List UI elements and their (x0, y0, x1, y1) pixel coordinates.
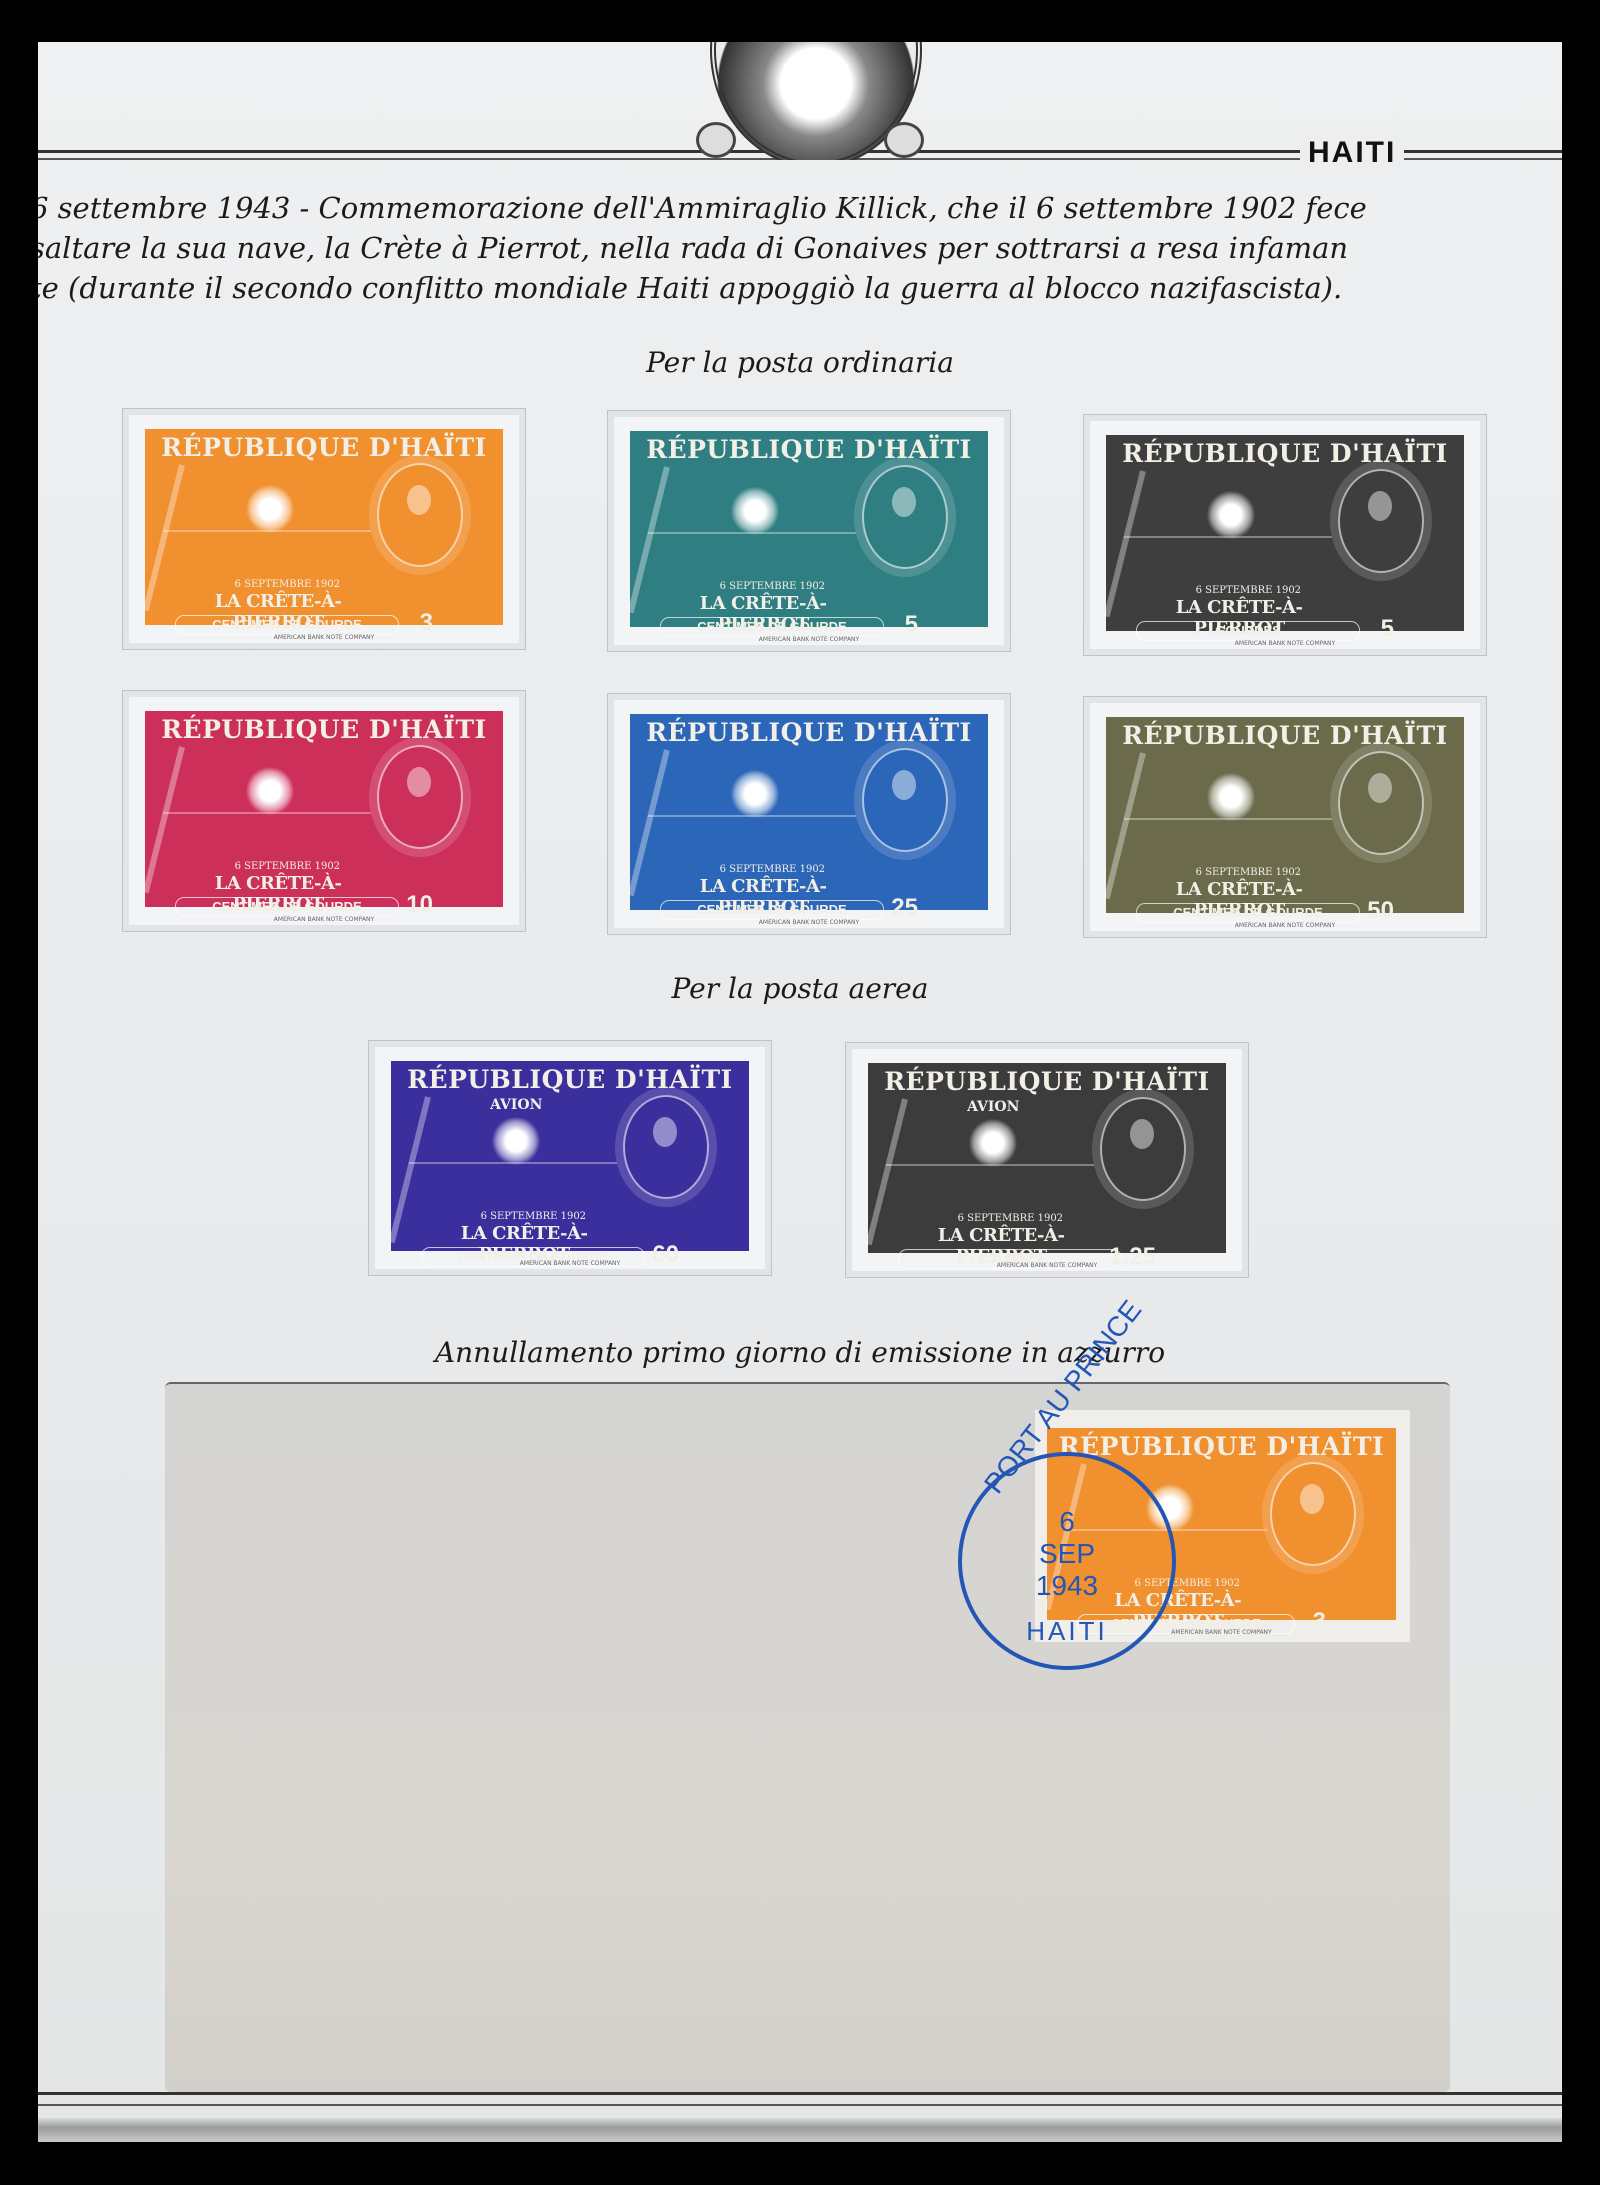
admiral-portrait-icon (1338, 751, 1424, 855)
admiral-portrait-icon (1100, 1097, 1186, 1201)
stamp-date: 6 SEPTEMBRE 1902 (451, 1211, 616, 1222)
stamp: RÉPUBLIQUE D'HAÏTI6 SEPTEMBRE 1902LA CRÊ… (630, 431, 988, 627)
intro-line: saltare la sua nave, la Crète à Pierrot,… (38, 228, 1562, 268)
stamp: RÉPUBLIQUE D'HAÏTI6 SEPTEMBRE 1902LA CRÊ… (1106, 435, 1464, 631)
admiral-portrait-icon (377, 745, 463, 849)
stamp-value: 5 (905, 611, 918, 639)
stamp-date: 6 SEPTEMBRE 1902 (928, 1213, 1093, 1224)
stamp-date: 6 SEPTEMBRE 1902 (690, 864, 855, 875)
haiti-coat-of-arms-icon (696, 42, 924, 160)
stamp-value: 50 (1367, 897, 1394, 925)
intro-text: 6 settembre 1943 - Commemorazione dell'A… (38, 188, 1562, 308)
admiral-portrait-icon (862, 465, 948, 569)
admiral-portrait-icon (862, 748, 948, 852)
stamp: RÉPUBLIQUE D'HAÏTI6 SEPTEMBRE 1902LA CRÊ… (145, 711, 503, 907)
airmail-caption: Per la posta aerea (38, 972, 1562, 1005)
stamp-mount: RÉPUBLIQUE D'HAÏTI6 SEPTEMBRE 1902LA CRÊ… (1083, 414, 1487, 656)
stamp-unit: CENTIMES DE GOURDE (660, 900, 884, 920)
stamp-unit: CENTIMES DE GOURDE (1136, 903, 1360, 923)
intro-line: 6 settembre 1943 - Commemorazione dell'A… (38, 188, 1562, 228)
ship-explosion-icon (1124, 471, 1332, 579)
stamp-mount: RÉPUBLIQUE D'HAÏTIAVION6 SEPTEMBRE 1902L… (368, 1040, 772, 1276)
stamp-printer: AMERICAN BANK NOTE COMPANY (868, 1262, 1226, 1269)
ship-explosion-icon (409, 1097, 617, 1205)
frame-edge (38, 2118, 1562, 2142)
ordinary-caption: Per la posta ordinaria (38, 346, 1562, 379)
postmark: PORT AU PRINCE 6 SEP 1943 HAITI (958, 1452, 1176, 1670)
stamp: RÉPUBLIQUE D'HAÏTI6 SEPTEMBRE 1902LA CRÊ… (145, 429, 503, 625)
stamp-date: 6 SEPTEMBRE 1902 (1166, 867, 1331, 878)
stamp-country: RÉPUBLIQUE D'HAÏTI (1106, 721, 1464, 750)
intro-line: te (durante il secondo conflitto mondial… (38, 268, 1562, 308)
stamp-printer: AMERICAN BANK NOTE COMPANY (1106, 922, 1464, 929)
stamp-mount: RÉPUBLIQUE D'HAÏTI6 SEPTEMBRE 1902LA CRÊ… (122, 690, 526, 932)
stamp-mount: RÉPUBLIQUE D'HAÏTIAVION6 SEPTEMBRE 1902L… (845, 1042, 1249, 1278)
stamp-mount: RÉPUBLIQUE D'HAÏTI6 SEPTEMBRE 1902LA CRÊ… (607, 693, 1011, 935)
stamp: RÉPUBLIQUE D'HAÏTIAVION6 SEPTEMBRE 1902L… (868, 1063, 1226, 1253)
stamp-printer: AMERICAN BANK NOTE COMPANY (145, 916, 503, 923)
admiral-portrait-icon (377, 463, 463, 567)
admiral-portrait-icon (1338, 469, 1424, 573)
stamp: RÉPUBLIQUE D'HAÏTI6 SEPTEMBRE 1902LA CRÊ… (630, 714, 988, 910)
ship-explosion-icon (163, 465, 371, 573)
stamp-unit: CENTIMES DE GOURDE (660, 617, 884, 637)
stamp-country: RÉPUBLIQUE D'HAÏTI (145, 433, 503, 462)
stamp-country: RÉPUBLIQUE D'HAÏTI (1106, 439, 1464, 468)
ship-explosion-icon (163, 747, 371, 855)
ship-explosion-icon (648, 467, 856, 575)
admiral-portrait-icon (1270, 1462, 1356, 1566)
stamp-mount: RÉPUBLIQUE D'HAÏTI6 SEPTEMBRE 1902LA CRÊ… (1083, 696, 1487, 938)
stamp-date: 6 SEPTEMBRE 1902 (205, 579, 370, 590)
ship-explosion-icon (648, 750, 856, 858)
stamp-value: 5 (1381, 615, 1394, 643)
stamp: RÉPUBLIQUE D'HAÏTI6 SEPTEMBRE 1902LA CRÊ… (1106, 717, 1464, 913)
stamp-printer: AMERICAN BANK NOTE COMPANY (1106, 640, 1464, 647)
stamp-printer: AMERICAN BANK NOTE COMPANY (145, 634, 503, 641)
stamp-mount: RÉPUBLIQUE D'HAÏTI6 SEPTEMBRE 1902LA CRÊ… (122, 408, 526, 650)
stamp-value: 3 (420, 609, 433, 637)
postmark-month: SEP (962, 1538, 1172, 1570)
stamp-value: 25 (891, 894, 918, 922)
stamp-country: RÉPUBLIQUE D'HAÏTI (630, 435, 988, 464)
fdc-caption: Annullamento primo giorno di emissione i… (38, 1336, 1562, 1369)
ship-explosion-icon (1124, 753, 1332, 861)
postmark-year: 1943 (962, 1570, 1172, 1602)
stamp: RÉPUBLIQUE D'HAÏTIAVION6 SEPTEMBRE 1902L… (391, 1061, 749, 1251)
stamp-unit: CENTIMES DE GOURDE (175, 615, 399, 635)
stamp-country: RÉPUBLIQUE D'HAÏTI (145, 715, 503, 744)
stamp-date: 6 SEPTEMBRE 1902 (205, 861, 370, 872)
bottom-rule (38, 2092, 1562, 2106)
stamp-value: 10 (406, 891, 433, 919)
stamp-printer: AMERICAN BANK NOTE COMPANY (630, 636, 988, 643)
postmark-country: HAITI (962, 1616, 1172, 1647)
stamp-unit: GOURDES (1136, 621, 1360, 641)
stamp-mount: RÉPUBLIQUE D'HAÏTI6 SEPTEMBRE 1902LA CRÊ… (607, 410, 1011, 652)
stamp-date: 6 SEPTEMBRE 1902 (690, 581, 855, 592)
stamp-country: RÉPUBLIQUE D'HAÏTI (630, 718, 988, 747)
stamp-unit: CENTIMES DE GOURDE (175, 897, 399, 917)
stamp-printer: AMERICAN BANK NOTE COMPANY (630, 919, 988, 926)
stamp-date: 6 SEPTEMBRE 1902 (1166, 585, 1331, 596)
stamp-printer: AMERICAN BANK NOTE COMPANY (391, 1260, 749, 1267)
country-title: HAITI (1300, 136, 1404, 170)
ship-explosion-icon (886, 1099, 1094, 1207)
stamp-country: RÉPUBLIQUE D'HAÏTI (868, 1067, 1226, 1096)
admiral-portrait-icon (623, 1095, 709, 1199)
stamp-country: RÉPUBLIQUE D'HAÏTI (391, 1065, 749, 1094)
postmark-day: 6 (962, 1506, 1172, 1538)
